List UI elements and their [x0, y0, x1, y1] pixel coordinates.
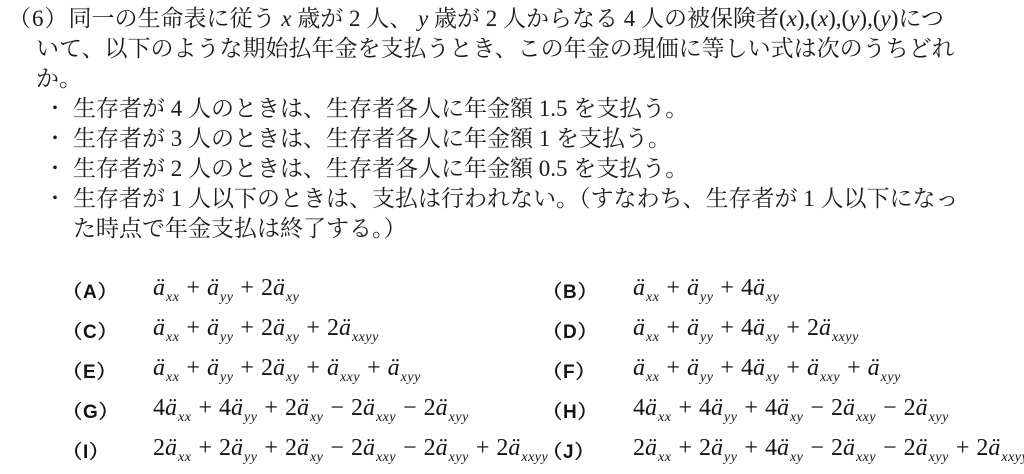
- term-subscript: xxy: [376, 410, 396, 425]
- option-G: （G）4äxx+4äyy+2äxy−2äxxy−2äxyy: [63, 390, 469, 430]
- annuity-due-symbol: ä: [633, 275, 645, 301]
- option-label-D: （D）: [543, 317, 633, 344]
- term-subscript: xxy: [856, 410, 876, 425]
- term-subscript: xxy: [376, 450, 396, 465]
- term-operator: +: [306, 355, 320, 381]
- annuity-due-symbol: ä: [165, 435, 177, 461]
- question-paragraph: （6）同一の生命表に従う x 歳が 2 人、 y 歳が 2 人からなる 4 人の…: [0, 4, 1024, 94]
- term-subscript: xx: [178, 450, 191, 465]
- text-run: 同一の生命表に従う: [69, 6, 282, 31]
- term-operator: +: [186, 315, 200, 341]
- term-coefficient: 4: [741, 315, 753, 341]
- term-subscript: yy: [700, 290, 713, 305]
- text-run: )につ: [891, 6, 944, 31]
- option-C: （C）äxx+äyy+2äxy+2äxxyy: [63, 310, 379, 350]
- term-subscript: xxyy: [832, 330, 859, 345]
- term-subscript: yy: [220, 290, 233, 305]
- term-operator: +: [264, 435, 278, 461]
- term-subscript: xy: [310, 450, 323, 465]
- term-subscript: xxyy: [352, 330, 379, 345]
- term-coefficient: 2: [904, 395, 916, 421]
- annuity-due-symbol: ä: [207, 275, 219, 301]
- term-subscript: xx: [646, 330, 659, 345]
- term-coefficient: 2: [261, 315, 273, 341]
- bullet-item-4-cont: た時点で年金支払は終了する。）: [0, 214, 1024, 244]
- term-coefficient: 2: [285, 395, 297, 421]
- term-coefficient: 4: [741, 355, 753, 381]
- term-subscript: xy: [310, 410, 323, 425]
- term-coefficient: 2: [831, 395, 843, 421]
- term-subscript: xyy: [449, 450, 469, 465]
- term-operator: +: [240, 355, 254, 381]
- bullet-item-3: ・生存者が 2 人のときは、生存者各人に年金額 0.5 を支払う。: [0, 154, 1024, 184]
- math-variable: x: [281, 6, 291, 31]
- term-subscript: xx: [646, 290, 659, 305]
- term-coefficient: 4: [765, 395, 777, 421]
- option-label-E: （E）: [63, 357, 153, 384]
- term-subscript: yy: [724, 410, 737, 425]
- question-line-1: （6）同一の生命表に従う x 歳が 2 人、 y 歳が 2 人からなる 4 人の…: [0, 4, 1024, 34]
- annuity-due-symbol: ä: [436, 395, 448, 421]
- annuity-due-symbol: ä: [807, 355, 819, 381]
- term-coefficient: 2: [904, 435, 916, 461]
- term-subscript: yy: [244, 410, 257, 425]
- term-operator: +: [956, 435, 970, 461]
- term-operator: +: [720, 275, 734, 301]
- term-operator: +: [678, 395, 692, 421]
- annuity-due-symbol: ä: [388, 355, 400, 381]
- annuity-due-symbol: ä: [753, 275, 765, 301]
- option-I: （I）2äxx+2äyy+2äxy−2äxxy−2äxyy+2äxxyy: [63, 430, 548, 470]
- option-F: （F）äxx+äyy+4äxy+äxxy+äxyy: [543, 350, 901, 390]
- term-subscript: yy: [220, 370, 233, 385]
- term-coefficient: 2: [285, 435, 297, 461]
- term-operator: +: [476, 435, 490, 461]
- term-subscript: xxy: [820, 370, 840, 385]
- term-operator: +: [786, 315, 800, 341]
- bullet-marker-icon: ・: [45, 184, 73, 214]
- annuity-due-symbol: ä: [916, 435, 928, 461]
- term-coefficient: 4: [699, 395, 711, 421]
- term-subscript: xyy: [929, 450, 949, 465]
- term-coefficient: 4: [741, 275, 753, 301]
- term-coefficient: 2: [807, 315, 819, 341]
- term-subscript: xy: [766, 370, 779, 385]
- option-formula-I: 2äxx+2äyy+2äxy−2äxxy−2äxyy+2äxxyy: [153, 435, 548, 466]
- option-D: （D）äxx+äyy+4äxy+2äxxyy: [543, 310, 859, 350]
- option-label-C: （C）: [63, 317, 153, 344]
- option-formula-A: äxx+äyy+2äxy: [153, 275, 299, 306]
- option-label-A: （A）: [63, 277, 153, 304]
- bullet-marker-icon: ・: [45, 94, 73, 124]
- term-operator: −: [883, 395, 897, 421]
- option-A: （A）äxx+äyy+2äxy: [63, 270, 299, 310]
- math-variable: y: [418, 6, 428, 31]
- term-operator: +: [198, 395, 212, 421]
- bullet-item-4: ・生存者が 1 人以下のときは、支払は行われない。（すなわち、生存者が 1 人以…: [0, 184, 1024, 214]
- annuity-due-symbol: ä: [819, 315, 831, 341]
- annuity-due-symbol: ä: [363, 395, 375, 421]
- option-label-B: （B）: [543, 277, 633, 304]
- term-operator: +: [240, 315, 254, 341]
- term-subscript: yy: [220, 330, 233, 345]
- annuity-due-symbol: ä: [297, 435, 309, 461]
- annuity-due-symbol: ä: [273, 315, 285, 341]
- annuity-due-symbol: ä: [436, 435, 448, 461]
- option-B: （B）äxx+äyy+4äxy: [543, 270, 779, 310]
- term-operator: −: [810, 395, 824, 421]
- term-subscript: yy: [700, 370, 713, 385]
- annuity-due-symbol: ä: [753, 355, 765, 381]
- condition-list: ・生存者が 4 人のときは、生存者各人に年金額 1.5 を支払う。・生存者が 3…: [0, 94, 1024, 244]
- annuity-due-symbol: ä: [633, 315, 645, 341]
- annuity-due-symbol: ä: [753, 315, 765, 341]
- term-subscript: xyy: [881, 370, 901, 385]
- option-label-G: （G）: [63, 397, 153, 424]
- annuity-due-symbol: ä: [231, 435, 243, 461]
- option-formula-G: 4äxx+4äyy+2äxy−2äxxy−2äxyy: [153, 395, 469, 426]
- term-operator: +: [678, 435, 692, 461]
- term-operator: +: [198, 435, 212, 461]
- annuity-due-symbol: ä: [988, 435, 1000, 461]
- annuity-due-symbol: ä: [297, 395, 309, 421]
- option-formula-C: äxx+äyy+2äxy+2äxxyy: [153, 315, 379, 346]
- text-run: ),(: [797, 6, 818, 31]
- annuity-due-symbol: ä: [843, 435, 855, 461]
- term-subscript: xy: [790, 410, 803, 425]
- options-list: （A）äxx+äyy+2äxy（B）äxx+äyy+4äxy（C）äxx+äyy…: [0, 270, 1024, 474]
- annuity-due-symbol: ä: [207, 355, 219, 381]
- term-subscript: xx: [166, 370, 179, 385]
- term-coefficient: 4: [633, 395, 645, 421]
- option-H: （H）4äxx+4äyy+4äxy−2äxxy−2äxyy: [543, 390, 949, 430]
- annuity-due-symbol: ä: [687, 355, 699, 381]
- annuity-due-symbol: ä: [843, 395, 855, 421]
- option-E: （E）äxx+äyy+2äxy+äxxy+äxyy: [63, 350, 421, 390]
- math-variable: x: [787, 6, 797, 31]
- bullet-item-1: ・生存者が 4 人のときは、生存者各人に年金額 1.5 を支払う。: [0, 94, 1024, 124]
- term-subscript: xx: [658, 410, 671, 425]
- text-run: 歳が 2 人、: [291, 6, 418, 31]
- bullet-text: 生存者が 3 人のときは、生存者各人に年金額 1 を支払う。: [73, 126, 671, 151]
- term-subscript: xx: [166, 330, 179, 345]
- term-subscript: yy: [700, 330, 713, 345]
- annuity-due-symbol: ä: [711, 435, 723, 461]
- term-operator: +: [666, 315, 680, 341]
- annuity-due-symbol: ä: [153, 355, 165, 381]
- term-subscript: xy: [286, 370, 299, 385]
- term-subscript: xxy: [856, 450, 876, 465]
- option-label-F: （F）: [543, 357, 633, 384]
- question-line-1-text: 同一の生命表に従う x 歳が 2 人、 y 歳が 2 人からなる 4 人の被保険…: [69, 6, 944, 31]
- math-variable: x: [818, 6, 828, 31]
- annuity-due-symbol: ä: [777, 395, 789, 421]
- option-formula-H: 4äxx+4äyy+4äxy−2äxxy−2äxyy: [633, 395, 949, 426]
- annuity-due-symbol: ä: [165, 395, 177, 421]
- term-subscript: xy: [766, 290, 779, 305]
- option-formula-B: äxx+äyy+4äxy: [633, 275, 779, 306]
- term-subscript: xyy: [401, 370, 421, 385]
- term-coefficient: 4: [153, 395, 165, 421]
- term-coefficient: 4: [219, 395, 231, 421]
- term-coefficient: 2: [424, 435, 436, 461]
- bullet-text: 生存者が 4 人のときは、生存者各人に年金額 1.5 を支払う。: [73, 96, 688, 121]
- annuity-due-symbol: ä: [633, 355, 645, 381]
- math-variable: y: [881, 6, 891, 31]
- question-line-2: いて、以下のような期始払年金を支払うとき、この年金の現価に等しい式は次のうちどれ: [0, 34, 1024, 64]
- term-operator: −: [810, 435, 824, 461]
- term-coefficient: 2: [351, 395, 363, 421]
- term-operator: +: [264, 395, 278, 421]
- term-subscript: xyy: [449, 410, 469, 425]
- term-subscript: xy: [286, 290, 299, 305]
- term-operator: +: [744, 435, 758, 461]
- annuity-due-symbol: ä: [207, 315, 219, 341]
- text-run: 歳が 2 人からなる 4 人の被保険者: [428, 6, 779, 31]
- term-coefficient: 2: [831, 435, 843, 461]
- term-operator: +: [186, 275, 200, 301]
- term-operator: +: [240, 275, 254, 301]
- bullet-item-2: ・生存者が 3 人のときは、生存者各人に年金額 1 を支払う。: [0, 124, 1024, 154]
- term-coefficient: 2: [351, 435, 363, 461]
- annuity-due-symbol: ä: [508, 435, 520, 461]
- term-subscript: xxyy: [1001, 450, 1024, 465]
- option-label-I: （I）: [63, 437, 153, 464]
- annuity-due-symbol: ä: [687, 315, 699, 341]
- bullet-text: 生存者が 2 人のときは、生存者各人に年金額 0.5 を支払う。: [73, 156, 688, 181]
- term-coefficient: 2: [633, 435, 645, 461]
- question-line-3: か。: [0, 64, 1024, 94]
- term-coefficient: 2: [496, 435, 508, 461]
- annuity-due-symbol: ä: [327, 355, 339, 381]
- term-coefficient: 2: [976, 435, 988, 461]
- option-label-J: （J）: [543, 437, 633, 464]
- term-subscript: xyy: [929, 410, 949, 425]
- term-operator: +: [720, 315, 734, 341]
- annuity-due-symbol: ä: [153, 315, 165, 341]
- annuity-due-symbol: ä: [687, 275, 699, 301]
- term-coefficient: 2: [327, 315, 339, 341]
- term-coefficient: 2: [424, 395, 436, 421]
- term-subscript: xy: [790, 450, 803, 465]
- term-operator: +: [786, 355, 800, 381]
- term-operator: −: [330, 395, 344, 421]
- term-coefficient: 2: [699, 435, 711, 461]
- bullet-text: た時点で年金支払は終了する。）: [73, 216, 407, 241]
- bullet-marker-icon: ・: [45, 154, 73, 184]
- term-coefficient: 2: [153, 435, 165, 461]
- term-operator: −: [883, 435, 897, 461]
- annuity-due-symbol: ä: [711, 395, 723, 421]
- exam-page: { "page": { "background": "#ffffff", "te…: [0, 0, 1024, 474]
- term-operator: +: [186, 355, 200, 381]
- term-subscript: yy: [244, 450, 257, 465]
- text-run: ),(: [828, 6, 849, 31]
- annuity-due-symbol: ä: [645, 435, 657, 461]
- term-coefficient: 4: [765, 435, 777, 461]
- text-run: ),(: [859, 6, 880, 31]
- term-subscript: xx: [178, 410, 191, 425]
- term-subscript: xy: [766, 330, 779, 345]
- annuity-due-symbol: ä: [339, 315, 351, 341]
- term-operator: +: [720, 355, 734, 381]
- term-subscript: xx: [646, 370, 659, 385]
- option-formula-F: äxx+äyy+4äxy+äxxy+äxyy: [633, 355, 901, 386]
- annuity-due-symbol: ä: [273, 275, 285, 301]
- term-subscript: xx: [166, 290, 179, 305]
- question-number: （6）: [8, 6, 69, 31]
- term-operator: +: [847, 355, 861, 381]
- term-subscript: xxy: [340, 370, 360, 385]
- annuity-due-symbol: ä: [916, 395, 928, 421]
- annuity-due-symbol: ä: [273, 355, 285, 381]
- term-operator: +: [666, 355, 680, 381]
- term-operator: −: [330, 435, 344, 461]
- term-coefficient: 2: [261, 275, 273, 301]
- bullet-marker-icon: ・: [45, 124, 73, 154]
- option-label-H: （H）: [543, 397, 633, 424]
- annuity-due-symbol: ä: [868, 355, 880, 381]
- annuity-due-symbol: ä: [777, 435, 789, 461]
- term-coefficient: 2: [219, 435, 231, 461]
- term-operator: +: [666, 275, 680, 301]
- term-subscript: xx: [658, 450, 671, 465]
- annuity-due-symbol: ä: [645, 395, 657, 421]
- option-J: （J）2äxx+2äyy+4äxy−2äxxy−2äxyy+2äxxyy: [543, 430, 1024, 470]
- bullet-text: 生存者が 1 人以下のときは、支払は行われない。（すなわち、生存者が 1 人以下…: [73, 186, 959, 211]
- option-formula-E: äxx+äyy+2äxy+äxxy+äxyy: [153, 355, 421, 386]
- term-operator: +: [306, 315, 320, 341]
- annuity-due-symbol: ä: [153, 275, 165, 301]
- option-formula-D: äxx+äyy+4äxy+2äxxyy: [633, 315, 859, 346]
- annuity-due-symbol: ä: [363, 435, 375, 461]
- annuity-due-symbol: ä: [231, 395, 243, 421]
- text-run: (: [779, 6, 787, 31]
- math-variable: y: [849, 6, 859, 31]
- term-operator: +: [744, 395, 758, 421]
- term-subscript: xy: [286, 330, 299, 345]
- term-subscript: yy: [724, 450, 737, 465]
- option-formula-J: 2äxx+2äyy+4äxy−2äxxy−2äxyy+2äxxyy: [633, 435, 1024, 466]
- term-operator: −: [403, 395, 417, 421]
- term-coefficient: 2: [261, 355, 273, 381]
- term-operator: +: [367, 355, 381, 381]
- term-operator: −: [403, 435, 417, 461]
